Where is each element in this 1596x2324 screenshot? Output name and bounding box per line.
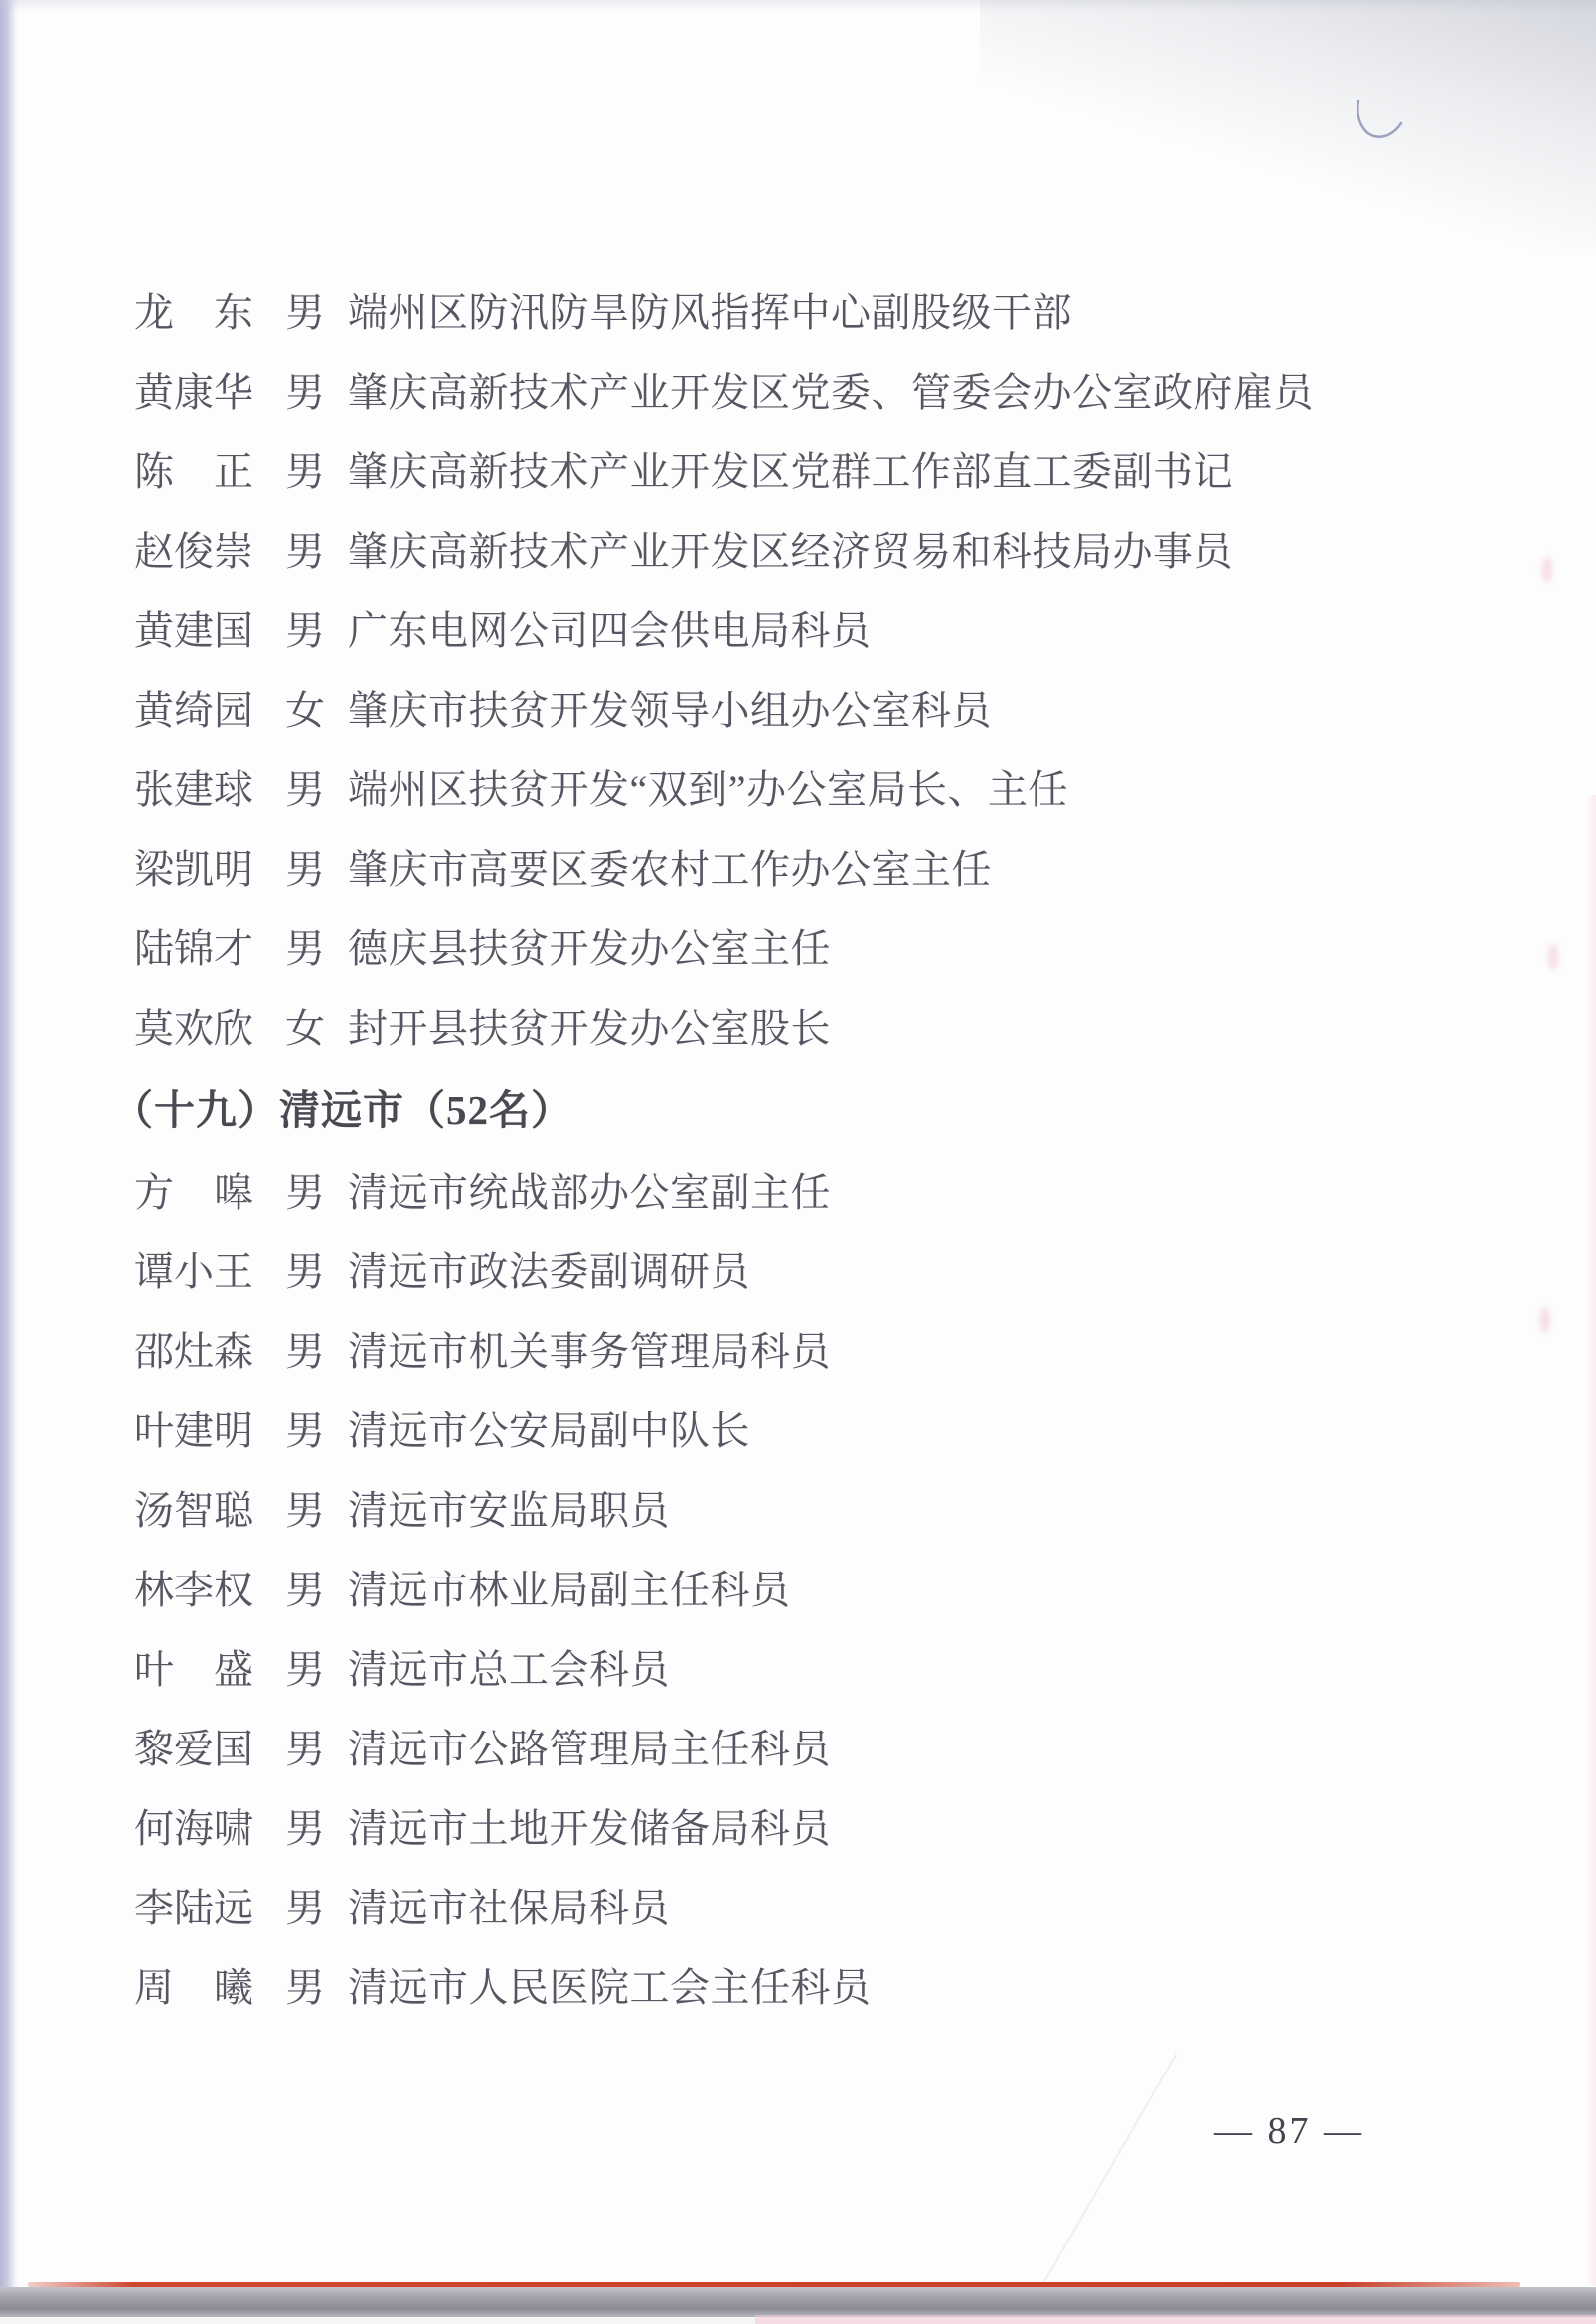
person-position: 肇庆市高要区委农村工作办公室主任 <box>348 830 992 910</box>
person-position: 清远市政法委副调研员 <box>348 1233 750 1312</box>
person-gender: 男 <box>285 1710 348 1789</box>
person-position: 封开县扶贫开发办公室股长 <box>348 989 831 1069</box>
roster-section-top: 龙 东 男 端州区防汛防旱防风指挥中心副股级干部 黄康华 男 肇庆高新技术产业开… <box>134 273 1314 1069</box>
table-row: 黄建国 男 广东电网公司四会供电局科员 <box>134 591 1314 671</box>
person-name: 叶建明 <box>134 1392 285 1471</box>
person-gender: 男 <box>285 512 348 591</box>
person-name: 周 曦 <box>134 1948 285 2028</box>
scan-left-edge <box>0 0 18 2288</box>
table-row: 莫欢欣 女 封开县扶贫开发办公室股长 <box>134 989 1314 1069</box>
scan-right-edge-tint <box>1586 795 1596 2286</box>
person-name: 陆锦才 <box>134 910 285 989</box>
person-gender: 男 <box>285 1630 348 1710</box>
section-header: （十九）清远市（52名） <box>112 1069 572 1153</box>
scan-pink-smudge <box>1548 944 1558 970</box>
person-position: 清远市社保局科员 <box>348 1869 670 1948</box>
person-name: 莫欢欣 <box>134 989 285 1069</box>
table-row: 陆锦才 男 德庆县扶贫开发办公室主任 <box>134 910 1314 989</box>
person-name: 黄绮园 <box>134 671 285 750</box>
table-row: 何海啸 男 清远市土地开发储备局科员 <box>134 1789 872 1869</box>
person-gender: 女 <box>285 989 348 1069</box>
table-row: 林李权 男 清远市林业局副主任科员 <box>134 1551 872 1630</box>
person-position: 清远市总工会科员 <box>348 1630 670 1710</box>
person-gender: 男 <box>285 273 348 353</box>
person-name: 黎爱国 <box>134 1710 285 1789</box>
scan-scratch-mark <box>1041 2054 1178 2287</box>
scan-pink-smudge <box>1542 557 1552 582</box>
person-name: 黄康华 <box>134 353 285 432</box>
person-gender: 男 <box>285 1948 348 2028</box>
person-position: 清远市安监局职员 <box>348 1471 670 1551</box>
table-row: 黄绮园 女 肇庆市扶贫开发领导小组办公室科员 <box>134 671 1314 750</box>
person-name: 林李权 <box>134 1551 285 1630</box>
person-gender: 男 <box>285 353 348 432</box>
table-row: 汤智聪 男 清远市安监局职员 <box>134 1471 872 1551</box>
table-row: 赵俊崇 男 肇庆高新技术产业开发区经济贸易和科技局办事员 <box>134 512 1314 591</box>
person-gender: 男 <box>285 1551 348 1630</box>
person-gender: 男 <box>285 432 348 512</box>
person-gender: 男 <box>285 1153 348 1233</box>
person-name: 赵俊崇 <box>134 512 285 591</box>
person-position: 端州区防汛防旱防风指挥中心副股级干部 <box>348 273 1072 353</box>
person-gender: 男 <box>285 1392 348 1471</box>
person-gender: 男 <box>285 750 348 830</box>
person-position: 德庆县扶贫开发办公室主任 <box>348 910 831 989</box>
table-row: 张建球 男 端州区扶贫开发“双到”办公室局长、主任 <box>134 750 1314 830</box>
table-row: 黎爱国 男 清远市公路管理局主任科员 <box>134 1710 872 1789</box>
person-name: 方 嗥 <box>134 1153 285 1233</box>
table-row: 邵灶森 男 清远市机关事务管理局科员 <box>134 1312 872 1392</box>
person-name: 李陆远 <box>134 1869 285 1948</box>
person-position: 清远市公路管理局主任科员 <box>348 1710 831 1789</box>
person-name: 龙 东 <box>134 273 285 353</box>
pen-checkmark-mark <box>1354 99 1405 145</box>
table-row: 梁凯明 男 肇庆市高要区委农村工作办公室主任 <box>134 830 1314 910</box>
person-name: 黄建国 <box>134 591 285 671</box>
person-gender: 男 <box>285 910 348 989</box>
person-gender: 男 <box>285 1312 348 1392</box>
person-position: 广东电网公司四会供电局科员 <box>348 591 872 671</box>
roster-section-bottom: 方 嗥 男 清远市统战部办公室副主任 谭小王 男 清远市政法委副调研员 邵灶森 … <box>134 1153 872 2028</box>
person-name: 谭小王 <box>134 1233 285 1312</box>
scanned-document-page: 龙 东 男 端州区防汛防旱防风指挥中心副股级干部 黄康华 男 肇庆高新技术产业开… <box>0 0 1596 2324</box>
person-gender: 男 <box>285 1471 348 1551</box>
scan-corner-shadow <box>980 0 1596 249</box>
person-gender: 男 <box>285 591 348 671</box>
person-gender: 男 <box>285 1869 348 1948</box>
scan-pink-smudge <box>1540 1307 1550 1333</box>
person-name: 张建球 <box>134 750 285 830</box>
table-row: 李陆远 男 清远市社保局科员 <box>134 1869 872 1948</box>
person-position: 端州区扶贫开发“双到”办公室局长、主任 <box>348 750 1068 830</box>
person-name: 何海啸 <box>134 1789 285 1869</box>
table-row: 周 曦 男 清远市人民医院工会主任科员 <box>134 1948 872 2028</box>
page-number: — 87 — <box>1214 2105 1364 2157</box>
scan-bottom-edge <box>0 2287 1596 2317</box>
person-position: 肇庆高新技术产业开发区党委、管委会办公室政府雇员 <box>348 353 1314 432</box>
person-gender: 男 <box>285 830 348 910</box>
table-row: 陈 正 男 肇庆高新技术产业开发区党群工作部直工委副书记 <box>134 432 1314 512</box>
person-position: 清远市土地开发储备局科员 <box>348 1789 831 1869</box>
person-position: 清远市机关事务管理局科员 <box>348 1312 831 1392</box>
table-row: 黄康华 男 肇庆高新技术产业开发区党委、管委会办公室政府雇员 <box>134 353 1314 432</box>
table-row: 龙 东 男 端州区防汛防旱防风指挥中心副股级干部 <box>134 273 1314 353</box>
person-name: 汤智聪 <box>134 1471 285 1551</box>
person-name: 梁凯明 <box>134 830 285 910</box>
table-row: 谭小王 男 清远市政法委副调研员 <box>134 1233 872 1312</box>
person-position: 清远市公安局副中队长 <box>348 1392 750 1471</box>
person-position: 清远市林业局副主任科员 <box>348 1551 791 1630</box>
person-position: 肇庆高新技术产业开发区党群工作部直工委副书记 <box>348 432 1233 512</box>
person-position: 肇庆市扶贫开发领导小组办公室科员 <box>348 671 992 750</box>
person-name: 叶 盛 <box>134 1630 285 1710</box>
table-row: 叶建明 男 清远市公安局副中队长 <box>134 1392 872 1471</box>
person-name: 陈 正 <box>134 432 285 512</box>
person-position: 清远市人民医院工会主任科员 <box>348 1948 872 2028</box>
scan-bottom-pink-strip <box>755 2315 1596 2324</box>
table-row: 方 嗥 男 清远市统战部办公室副主任 <box>134 1153 872 1233</box>
person-gender: 女 <box>285 671 348 750</box>
table-row: 叶 盛 男 清远市总工会科员 <box>134 1630 872 1710</box>
person-name: 邵灶森 <box>134 1312 285 1392</box>
person-position: 清远市统战部办公室副主任 <box>348 1153 831 1233</box>
person-gender: 男 <box>285 1789 348 1869</box>
person-gender: 男 <box>285 1233 348 1312</box>
person-position: 肇庆高新技术产业开发区经济贸易和科技局办事员 <box>348 512 1233 591</box>
